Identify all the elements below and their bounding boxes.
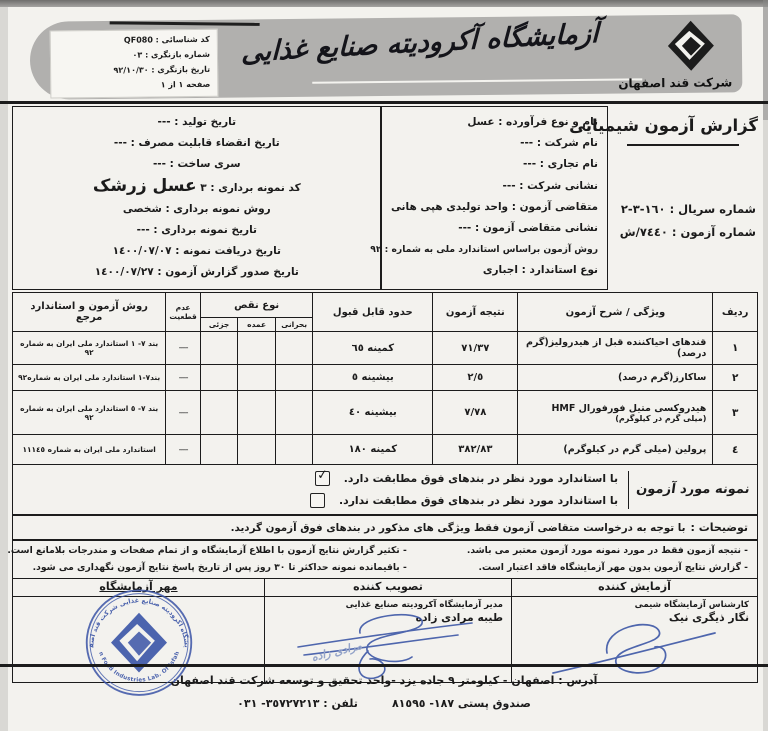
scan-edge-top — [0, 0, 768, 7]
table-row: ٣ هیدروکسی متیل فورفورال HMF(میلی گرم در… — [13, 391, 758, 435]
lab-title-calligraphy: آزمایشگاه آکرودیته صنایع غذایی — [210, 16, 630, 70]
uncertainty-cell: ---- — [166, 435, 201, 465]
test-number: شماره آزمون : ٧٤٤٠/ش — [608, 221, 756, 244]
conformity-option-nonconforms: با استاندارد مورد نظر در بندهای فوق مطاب… — [13, 490, 618, 512]
sampling-method-field: روش نمونه برداری : شخصی — [21, 199, 373, 220]
horizontal-rule-top — [0, 101, 768, 104]
report-issue-date-field: تاریخ صدور گزارش آزمون : ١٤٠٠/٠٧/٢٧ — [21, 262, 373, 283]
defect-critical-cell — [275, 365, 313, 391]
notes-section: - نتیجه آزمون فقط در مورد نمونه مورد آزم… — [12, 539, 758, 579]
limits-cell: کمینه ١٨٠ — [313, 435, 433, 465]
serial-numbers: شماره سریال : ١٦٠-٣-٢ شماره آزمون : ٧٤٤٠… — [608, 198, 758, 244]
characteristic-text: ساکارز(گرم درصد) — [521, 372, 706, 383]
signature-section: آزمایش کننده کارشناس آزمایشگاه شیمی نگار… — [12, 578, 758, 683]
col-header-method: روش آزمون و استاندارد مرجع — [13, 293, 166, 332]
method-cell: بند٧-١ استاندارد ملی ایران به شماره٩٢ — [13, 365, 166, 391]
defect-major-cell — [238, 365, 276, 391]
defect-major-cell — [238, 435, 276, 465]
sampling-code-label: کد نمونه برداری : ٣ — [197, 182, 301, 194]
defect-minor-cell — [200, 365, 238, 391]
tester-body: کارشناس آزمایشگاه شیمی نگار ذیگری نیک — [512, 597, 757, 683]
standard-type-field: نوع استاندارد : اجباری — [390, 260, 598, 281]
method-standard-field: روش آزمون براساس استاندارد ملی به شماره … — [390, 239, 598, 260]
serial-number: شماره سریال : ١٦٠-٣-٢ — [608, 198, 756, 221]
checkmark-icon: ✓ — [315, 467, 329, 483]
note-line: - تکثیر گزارش نتایج آزمون با اطلاع آزمای… — [22, 543, 407, 560]
method-cell: بند ٧- ١ استاندارد ملی ایران به شماره ٩٢ — [13, 332, 166, 365]
conformity-options: با استاندارد مورد نظر در بندهای فوق مطاب… — [13, 468, 628, 512]
characteristic-text: هیدروکسی متیل فورفورال HMF — [521, 403, 706, 414]
method-cell: استاندارد ملی ایران به شماره ١١١٤٥ — [13, 435, 166, 465]
conformity-option-conforms: با استاندارد مورد نظر در بندهای فوق مطاب… — [13, 468, 618, 490]
defect-minor-cell — [200, 332, 238, 365]
defect-minor-cell — [200, 391, 238, 435]
approver-body: مدیر آزمایشگاه آکرودیته صنایع غذایی طیبه… — [265, 597, 511, 683]
uncertainty-cell: ---- — [166, 391, 201, 435]
col-header-characteristic: ویژگی / شرح آزمون — [518, 293, 713, 332]
limits-cell: بیشینه ٤٠ — [313, 391, 433, 435]
table-row: ١ قندهای احیاکننده قبل از هیدرولیز(گرم د… — [13, 332, 758, 365]
scanned-test-report: { "colors":{"paper":"#f3f2ee","band_gray… — [0, 0, 768, 731]
col-header-uncertainty: عدم قطعیت — [166, 293, 201, 332]
production-date-field: تاریخ تولید : --- — [21, 112, 373, 133]
characteristic-cell: ساکارز(گرم درصد) — [518, 365, 713, 391]
defect-major-cell — [238, 391, 276, 435]
report-title-block: گزارش آزمون شیمیایی شماره سریال : ١٦٠-٣-… — [608, 106, 758, 290]
limits-cell: بیشینه ٥ — [313, 365, 433, 391]
approver-column: تصویب کننده مدیر آزمایشگاه آکرودیته صنای… — [264, 579, 511, 683]
decorative-line — [110, 21, 260, 26]
checked-checkbox-icon: ✓ — [315, 471, 330, 486]
characteristic-subtext: (میلی گرم در کیلوگرم) — [521, 414, 706, 423]
letterhead-band: کد شناسائی : QF080 شماره بازنگری : ٠٣ تا… — [30, 14, 743, 99]
defect-critical-cell — [275, 391, 313, 435]
remarks-label: توضیحات : — [691, 521, 749, 534]
characteristic-text: قندهای احیاکننده قبل از هیدرولیز(گرم درص… — [521, 337, 706, 359]
col-header-defect-type: نوع نقص — [200, 293, 313, 318]
company-address-field: نشانی شرکت : --- — [390, 176, 598, 197]
title-underline — [627, 144, 739, 146]
doc-id: کد شناسائی : QF080 — [58, 32, 210, 49]
defect-critical-cell — [275, 332, 313, 365]
remarks-text: با توجه به درخواست متقاضی آزمون فقط ویژگ… — [231, 522, 686, 534]
unchecked-checkbox-icon — [310, 493, 325, 508]
footer-phone: تلفن : ٣٥٧٢٧٢١٣- ٠٣١ — [237, 697, 358, 710]
footer-pobox: صندوق پستی ١٨٧- ٨١٥٩٥ — [392, 697, 531, 710]
option-text: با استاندارد مورد نظر در بندهای فوق مطاب… — [339, 494, 618, 507]
table-row: ٤ پرولین (میلی گرم در کیلوگرم) ٣٨٢/٨٣ کم… — [13, 435, 758, 465]
seal-body: آزمایشگاه آکرودیته صنایع غذایی شرکت قند … — [13, 597, 264, 683]
row-no: ٤ — [713, 435, 758, 465]
company-field: نام شرکت : --- — [390, 133, 598, 154]
conformity-section: نمونه مورد آزمون با استاندارد مورد نظر د… — [12, 464, 758, 516]
results-table: ردیف ویژگی / شرح آزمون نتیجه آزمون حدود … — [12, 292, 758, 465]
table-row: ٢ ساکارز(گرم درصد) ٢/٥ بیشینه ٥ ---- بند… — [13, 365, 758, 391]
col-header-result: نتیجه آزمون — [433, 293, 518, 332]
option-text: با استاندارد مورد نظر در بندهای فوق مطاب… — [344, 472, 618, 485]
tester-column: آزمایش کننده کارشناس آزمایشگاه شیمی نگار… — [511, 579, 757, 683]
col-header-defect-major: عمده — [238, 318, 276, 332]
limits-cell: کمینه ٦٥ — [313, 332, 433, 365]
revision-date: تاریخ بازنگری : ٩٢/١٠/٣٠ — [58, 62, 210, 79]
sampling-code-field: کد نمونه برداری : ٣ عسل زرشک — [21, 176, 373, 199]
conformity-section-label: نمونه مورد آزمون — [628, 482, 758, 497]
row-no: ٢ — [713, 365, 758, 391]
row-no: ١ — [713, 332, 758, 365]
result-cell: ٧١/٣٧ — [433, 332, 518, 365]
remarks-section: توضیحات : با توجه به درخواست متقاضی آزمو… — [12, 514, 758, 541]
checkmark-icon — [311, 489, 324, 490]
note-line: - گزارش نتایج آزمون بدون مهر آزمایشگاه ف… — [407, 560, 748, 577]
sample-info-box: تاریخ تولید : --- تاریخ انقضاء قابلیت مص… — [12, 106, 382, 290]
info-section: گزارش آزمون شیمیایی شماره سریال : ١٦٠-٣-… — [12, 106, 758, 290]
report-title: گزارش آزمون شیمیایی — [608, 116, 758, 135]
col-header-defect-critical: بحرانی — [275, 318, 313, 332]
sampling-date-field: تاریخ نمونه برداری : --- — [21, 220, 373, 241]
characteristic-cell: پرولین (میلی گرم در کیلوگرم) — [518, 435, 713, 465]
uncertainty-cell: ---- — [166, 365, 201, 391]
footer-contact: صندوق پستی ١٨٧- ٨١٥٩٥تلفن : ٣٥٧٢٧٢١٣- ٠٣… — [0, 697, 768, 710]
tester-signature — [547, 615, 722, 683]
approver-header: تصویب کننده — [265, 579, 511, 597]
sample-receipt-date-field: تاریخ دریافت نمونه : ١٤٠٠/٠٧/٠٧ — [21, 241, 373, 262]
col-header-row-no: ردیف — [713, 293, 758, 332]
approver-signature — [290, 607, 480, 683]
row-no: ٣ — [713, 391, 758, 435]
tester-header: آزمایش کننده — [512, 579, 757, 597]
method-cell: بند ٧- ٥ استاندارد ملی ایران به شماره ٩٢ — [13, 391, 166, 435]
notes-left-column: - تکثیر گزارش نتایج آزمون با اطلاع آزمای… — [22, 543, 407, 578]
product-name-type: نام و نوع فرآورده : عسل — [390, 112, 598, 133]
band-underline — [312, 78, 642, 84]
sample-type-note: عسل زرشک — [93, 176, 197, 196]
batch-field: سری ساخت : --- — [21, 154, 373, 175]
defect-minor-cell — [200, 435, 238, 465]
expiry-date-field: تاریخ انقضاء قابلیت مصرف : --- — [21, 133, 373, 154]
company-logo-icon — [666, 20, 717, 77]
revision-no: شماره بازنگری : ٠٣ — [58, 47, 210, 64]
tester-role: کارشناس آزمایشگاه شیمی — [512, 597, 757, 610]
uncertainty-cell: ---- — [166, 332, 201, 365]
result-cell: ٧/٧٨ — [433, 391, 518, 435]
product-info-box: نام و نوع فرآورده : عسل نام شرکت : --- ن… — [380, 106, 608, 290]
note-line: - باقیمانده نمونه حداکثر تا ٣٠ روز پس از… — [22, 560, 407, 577]
applicant-address-field: نشانی متقاضی آزمون : --- — [390, 218, 598, 239]
notes-right-column: - نتیجه آزمون فقط در مورد نمونه مورد آزم… — [407, 543, 748, 578]
trade-name-field: نام تجاری : --- — [390, 154, 598, 175]
applicant-field: متقاضی آزمون : واحد تولیدی هپی هانی — [390, 197, 598, 218]
footer-address: آدرس : اصفهان - کیلومتر ٩ جاده یزد -واحد… — [0, 674, 768, 687]
note-line: - نتیجه آزمون فقط در مورد نمونه مورد آزم… — [407, 543, 748, 560]
horizontal-rule-bottom — [0, 664, 768, 667]
result-cell: ٢/٥ — [433, 365, 518, 391]
characteristic-text: پرولین (میلی گرم در کیلوگرم) — [521, 444, 706, 455]
page-number: صفحه ١ از ١ — [58, 77, 210, 94]
result-cell: ٣٨٢/٨٣ — [433, 435, 518, 465]
col-header-limits: حدود قابل قبول — [313, 293, 433, 332]
characteristic-cell: هیدروکسی متیل فورفورال HMF(میلی گرم در ک… — [518, 391, 713, 435]
defect-critical-cell — [275, 435, 313, 465]
characteristic-cell: قندهای احیاکننده قبل از هیدرولیز(گرم درص… — [518, 332, 713, 365]
col-header-defect-minor: جزئی — [200, 318, 238, 332]
document-body: گزارش آزمون شیمیایی شماره سریال : ١٦٠-٣-… — [12, 106, 758, 683]
company-name: شرکت قند اصفهان — [618, 75, 732, 90]
document-code-box: کد شناسائی : QF080 شماره بازنگری : ٠٣ تا… — [50, 29, 219, 99]
seal-column: مهر آزمایشگاه آزمایشگاه آ — [13, 579, 264, 683]
defect-major-cell — [238, 332, 276, 365]
